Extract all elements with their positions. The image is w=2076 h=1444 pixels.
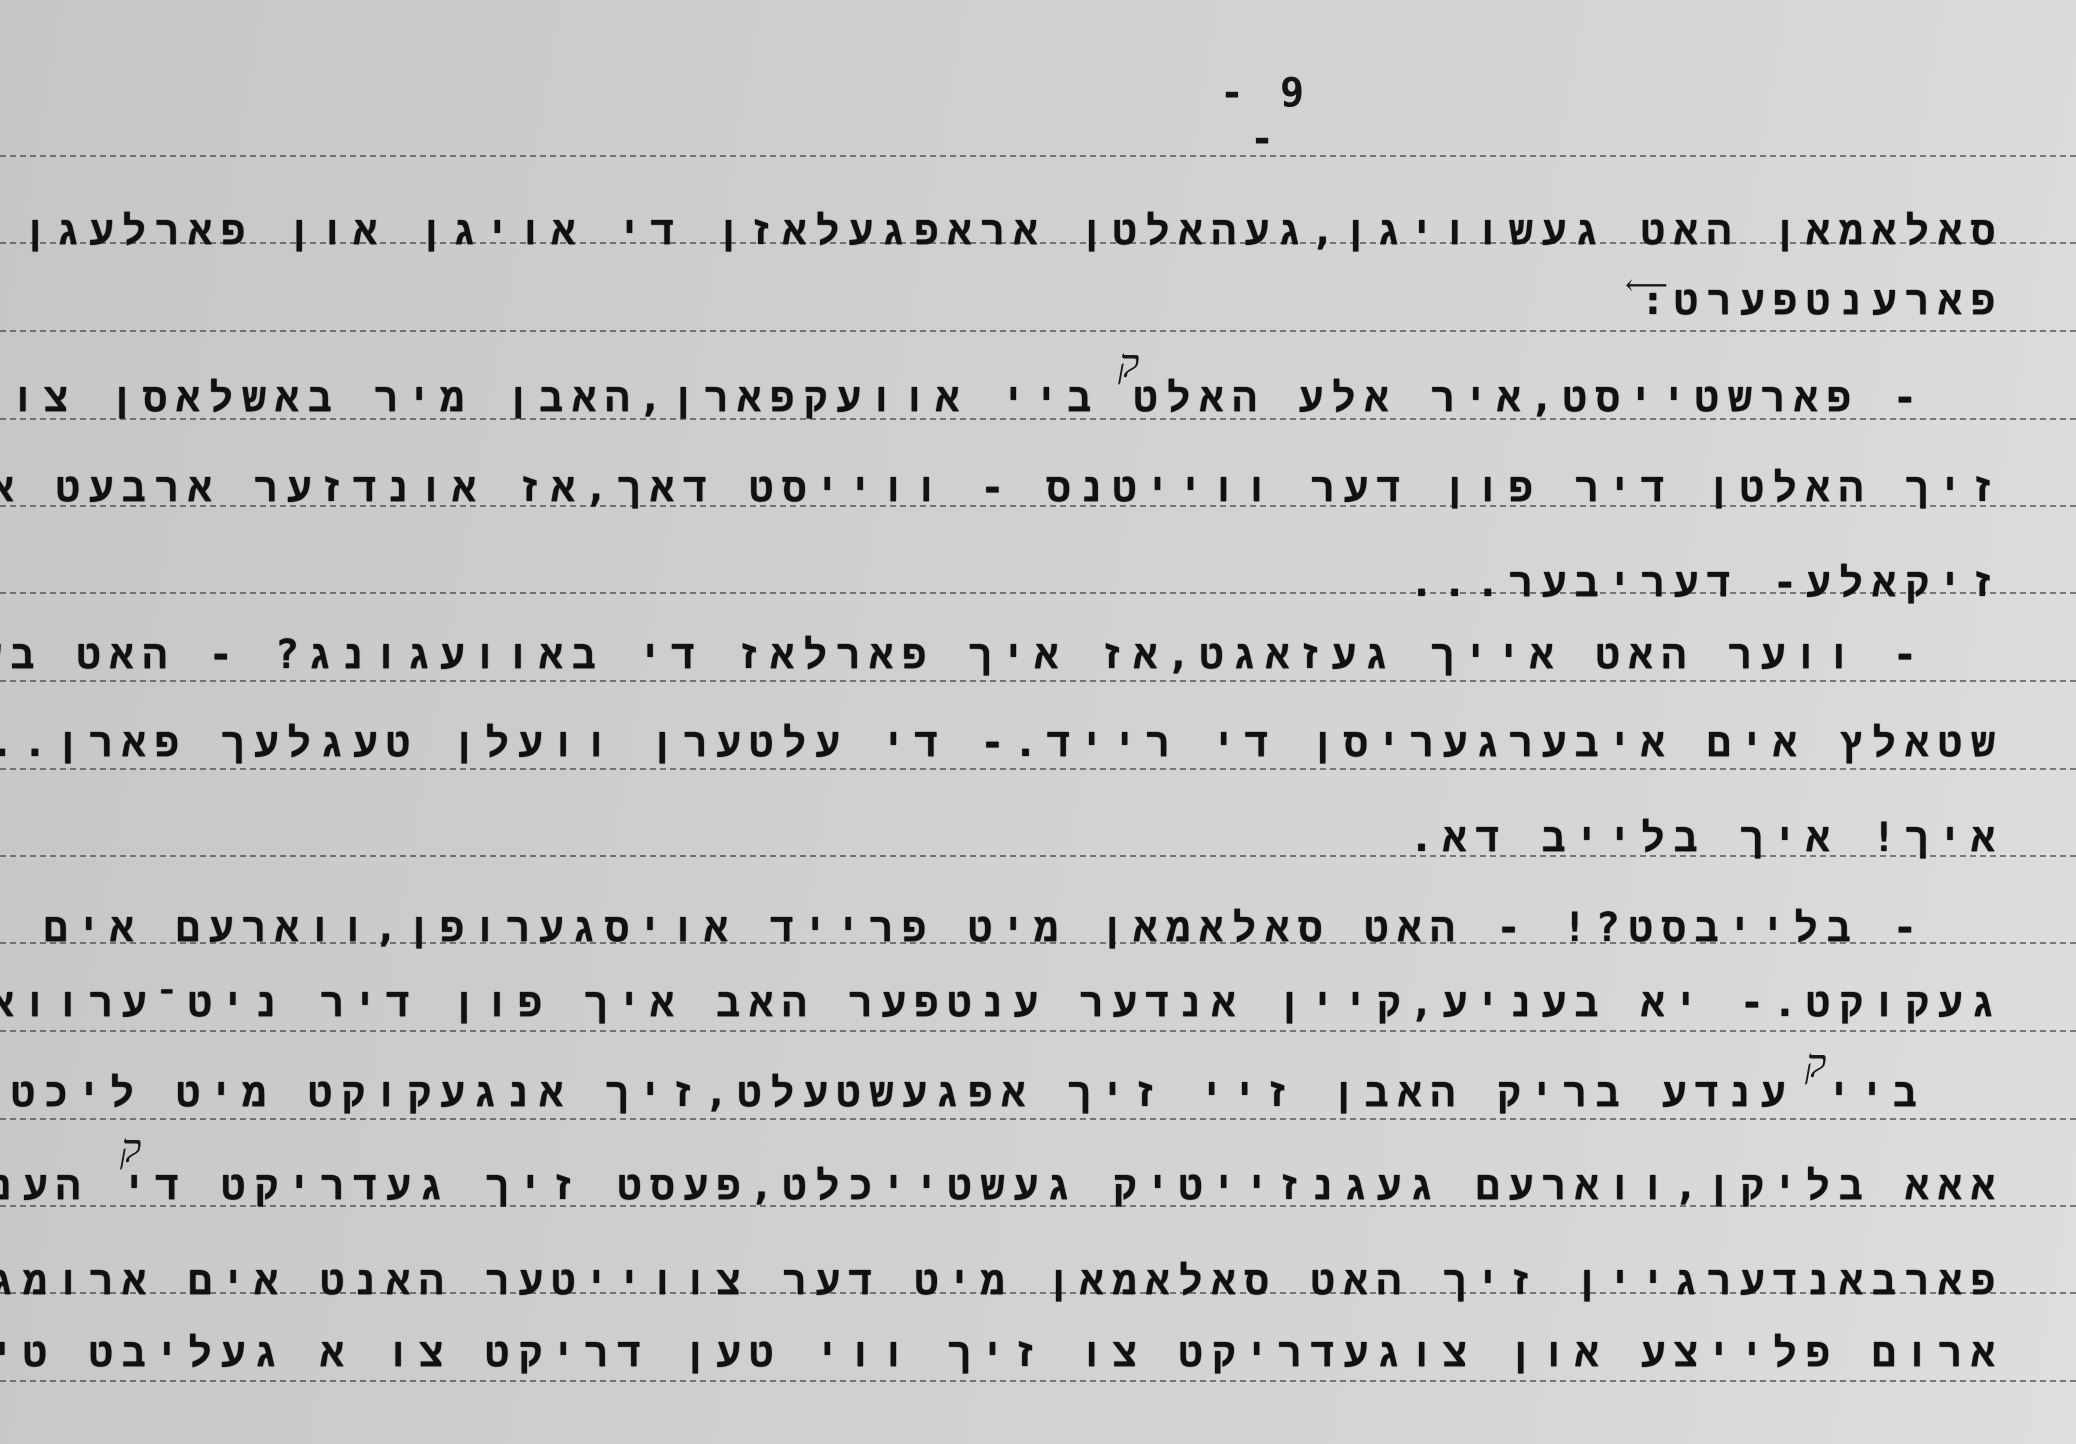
typewritten-page: - 9 - סאלאמאן האט געשוויגן,געהאלטן אראפג… [0,0,2076,1444]
text-line: פארענטפערט: [1641,278,2004,327]
text-line: סאלאמאן האט געשוויגן,געהאלטן אראפגעלאזן … [0,208,2004,257]
text-line: - בלייבסט?! - האט סאלאמאן מיט פרייד אויס… [0,905,1926,954]
ruling-line [0,330,2076,332]
handwritten-correction: ק [1805,1040,1826,1087]
text-line: - פארשטייסט,איר אלע האלט ביי אוועקפארן,ה… [0,375,1926,424]
text-line: ביי ענדע בריק האבן זיי זיך אפגעשטעלט,זיך… [0,1070,1926,1119]
ruling-line [0,1380,2076,1382]
text-line: זיקאלע- דעריבער... [1410,560,2004,609]
page-number: - 9 - [1190,70,1340,162]
text-line: זיך האלטן דיר פון דער ווייטנס - ווייסט ד… [0,465,2004,514]
text-line: געקוקט.- יא בעניע,קיין אנדער ענטפער האב … [0,980,2004,1029]
text-line: אאא בליקן,ווארעם געגנזייטיק געשטייכלט,פע… [0,1163,2004,1212]
text-line: שטאלץ אים איבערגעריסן די רייד.- די עלטער… [0,720,2004,769]
pen-mark-icon: ⟵ [1625,268,1668,303]
ruling-line [0,155,2076,157]
text-line: פארבאנדערגיין זיך האט סאלאמאן מיט דער צו… [0,1258,2004,1307]
text-line: איך! איך בלייב דא. [1410,815,2004,864]
text-line: - ווער האט אייך געזאגט,אז איך פארלאז די … [0,632,1926,681]
handwritten-correction: ק [120,1125,141,1172]
text-line: ארום פלייצע און צוגעדריקט צו זיך ווי טען… [0,1330,2004,1379]
handwritten-correction: ק [1118,340,1139,387]
ruling-line [0,1030,2076,1032]
